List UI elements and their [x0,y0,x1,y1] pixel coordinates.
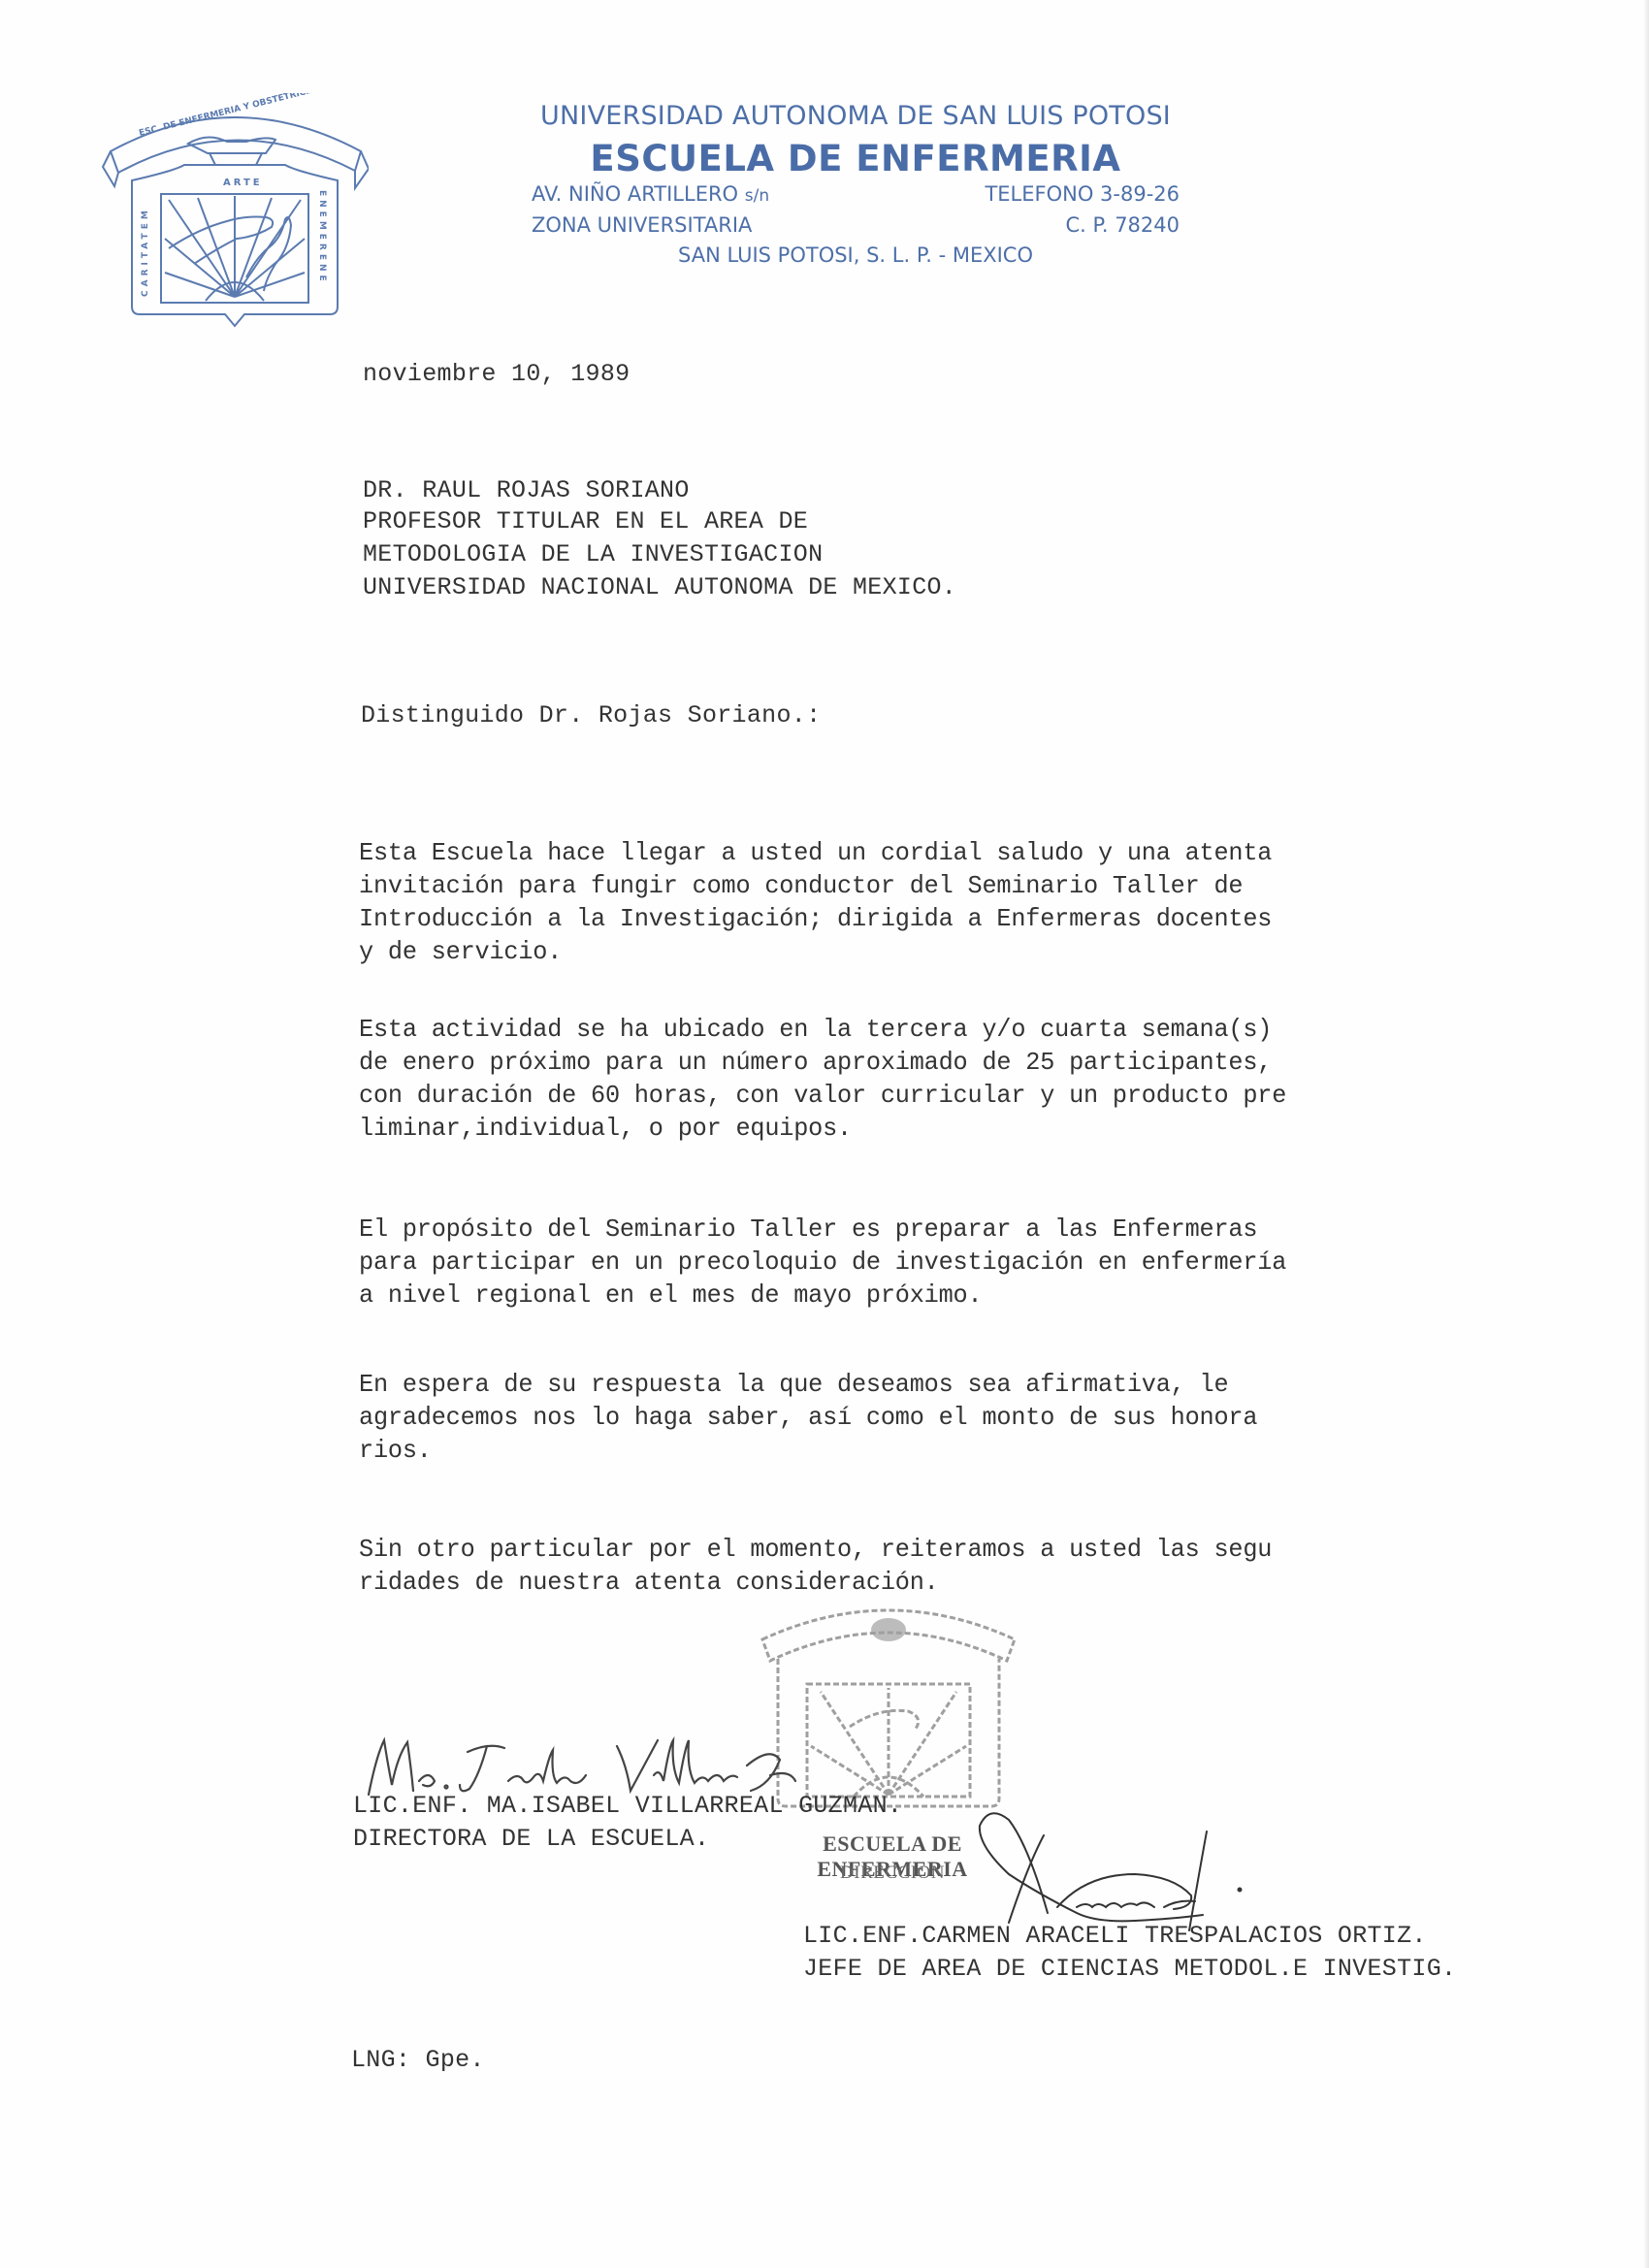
paragraph-line: agradecemos nos lo haga saber, así como … [359,1401,1375,1434]
letter-page: ARTE ESC. DE ENFERMERIA Y OBSTETRICIA DE… [0,0,1649,2268]
area-head-name: LIC.ENF.CARMEN ARACELI TRESPALACIOS ORTI… [803,1921,1427,1952]
recipient-line: PROFESOR TITULAR EN EL AREA DE [363,506,808,537]
street-number-suffix: s/n [745,186,769,206]
street-address: AV. NIÑO ARTILLERO s/n [532,182,769,206]
paragraph-line: invitación para fungir como conductor de… [359,869,1375,902]
zone-address: ZONA UNIVERSITARIA [532,213,752,237]
phone-number: TELEFONO 3-89-26 [985,182,1180,206]
street-address-text: AV. NIÑO ARTILLERO [532,182,738,206]
paragraph-line: En espera de su respuesta la que deseamo… [359,1368,1375,1401]
seal-ribbon-text: ESC. DE ENFERMERIA Y OBSTETRICIA DE LA U… [138,93,369,139]
paragraph-line: para participar en un precoloquio de inv… [359,1246,1375,1279]
paragraph-line: y de servicio. [359,935,1375,968]
city-country: SAN LUIS POTOSI, S. L. P. - MEXICO [532,243,1180,267]
letterhead-row-2: ZONA UNIVERSITARIA C. P. 78240 [532,213,1180,237]
stamp-office: DIRECCION [766,1863,1018,1884]
seal-motto-top: ARTE [223,178,263,188]
paragraph-line: El propósito del Seminario Taller es pre… [359,1213,1375,1246]
paragraph-line: rios. [359,1434,1375,1467]
postal-code: C. P. 78240 [1065,213,1180,237]
paragraph-line: de enero próximo para un número aproxima… [359,1046,1375,1079]
school-name: ESCUELA DE ENFERMERIA [532,138,1180,179]
director-title: DIRECTORA DE LA ESCUELA. [353,1824,709,1855]
seal-motto-right: ENEMERENE [317,190,327,285]
recipient-line: METODOLOGIA DE LA INVESTIGACION [363,539,823,570]
letterhead-row-1: AV. NIÑO ARTILLERO s/n TELEFONO 3-89-26 [532,182,1180,206]
school-seal-icon: ARTE ESC. DE ENFERMERIA Y OBSTETRICIA DE… [101,93,369,347]
paragraph-line: Esta Escuela hace llegar a usted un cord… [359,836,1375,869]
university-name: UNIVERSIDAD AUTONOMA DE SAN LUIS POTOSI [532,101,1180,131]
seal-motto-left: CARITATEM [141,207,150,297]
paragraph-line: Introducción a la Investigación; dirigid… [359,902,1375,935]
reference-initials: LNG: Gpe. [351,2045,485,2076]
paragraph-line: Esta actividad se ha ubicado en la terce… [359,1013,1375,1046]
director-name: LIC.ENF. MA.ISABEL VILLARREAL GUZMAN. [353,1791,902,1822]
paragraph-line: con duración de 60 horas, con valor curr… [359,1079,1375,1112]
page-edge-shadow [1643,0,1649,2268]
recipient-line: UNIVERSIDAD NACIONAL AUTONOMA DE MEXICO. [363,572,956,603]
paragraph-line: a nivel regional en el mes de mayo próxi… [359,1279,1375,1312]
letter-date: noviembre 10, 1989 [363,359,630,390]
recipient-line: DR. RAUL ROJAS SORIANO [363,475,690,506]
paragraph-line: Sin otro particular por el momento, reit… [359,1533,1375,1566]
area-head-title: JEFE DE AREA DE CIENCIAS METODOL.E INVES… [803,1954,1456,1985]
salutation: Distinguido Dr. Rojas Soriano.: [361,700,821,731]
paragraph-line: liminar,individual, o por equipos. [359,1112,1375,1145]
